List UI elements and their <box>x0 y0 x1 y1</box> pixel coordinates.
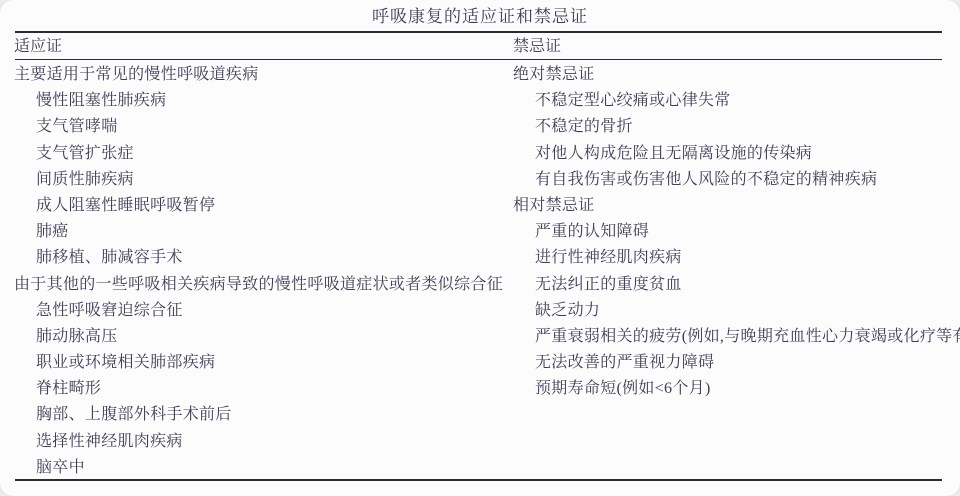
row-text: 由于其他的一些呼吸相关疾病导致的慢性呼吸道症状或者类似综合征 <box>14 276 503 293</box>
row-text: 无法纠正的重度贫血 <box>535 276 682 293</box>
row-text: 支气管哮喘 <box>36 118 118 135</box>
table-row: 由于其他的一些呼吸相关疾病导致的慢性呼吸道症状或者类似综合征 <box>14 272 500 298</box>
row-text: 胸部、上腹部外科手术前后 <box>36 406 232 423</box>
row-text: 不稳定的骨折 <box>535 118 633 135</box>
table-row: 预期寿命短(例如<6个月) <box>513 376 947 402</box>
table-row: 急性呼吸窘迫综合征 <box>14 298 500 324</box>
row-text: 无法改善的严重视力障碍 <box>535 354 714 371</box>
row-text: 肺动脉高压 <box>36 328 118 345</box>
table-title: 呼吸康复的适应证和禁忌证 <box>0 5 960 29</box>
row-text: 进行性神经肌肉疾病 <box>535 249 682 266</box>
table-row: 主要适用于常见的慢性呼吸道疾病 <box>14 62 500 88</box>
row-text: 间质性肺疾病 <box>36 171 134 188</box>
table-row: 胸部、上腹部外科手术前后 <box>14 402 500 428</box>
table-row: 肺动脉高压 <box>14 324 500 350</box>
row-text: 急性呼吸窘迫综合征 <box>36 302 183 319</box>
table-row: 进行性神经肌肉疾病 <box>513 245 947 271</box>
row-text: 选择性神经肌肉疾病 <box>36 433 183 450</box>
column-header-indications: 适应证 <box>14 36 62 58</box>
row-text: 相对禁忌证 <box>513 197 595 214</box>
row-text: 严重衰弱相关的疲劳(例如,与晚期充血性心力衰竭或化疗等有关) <box>535 328 960 345</box>
row-text: 脑卒中 <box>36 459 85 476</box>
table-row: 不稳定型心绞痛或心律失常 <box>513 88 947 114</box>
table-row: 不稳定的骨折 <box>513 114 947 140</box>
table-row: 脊柱畸形 <box>14 376 500 402</box>
row-text: 主要适用于常见的慢性呼吸道疾病 <box>14 66 259 83</box>
column-header-contraindications: 禁忌证 <box>513 36 561 58</box>
table-top-rule <box>15 31 942 33</box>
row-text: 肺移植、肺减容手术 <box>36 249 183 266</box>
row-text: 严重的认知障碍 <box>535 223 649 240</box>
row-text: 缺乏动力 <box>535 302 600 319</box>
row-text: 职业或环境相关肺部疾病 <box>36 354 215 371</box>
row-text: 不稳定型心绞痛或心律失常 <box>535 92 731 109</box>
table-row: 职业或环境相关肺部疾病 <box>14 350 500 376</box>
table-row: 绝对禁忌证 <box>513 62 947 88</box>
table-row: 成人阻塞性睡眠呼吸暂停 <box>14 193 500 219</box>
table-row: 脑卒中 <box>14 455 500 481</box>
indications-column: 主要适用于常见的慢性呼吸道疾病慢性阻塞性肺疾病支气管哮喘支气管扩张症间质性肺疾病… <box>14 62 500 481</box>
table-row: 严重衰弱相关的疲劳(例如,与晚期充血性心力衰竭或化疗等有关) <box>513 324 947 350</box>
table-row: 肺移植、肺减容手术 <box>14 245 500 271</box>
row-text: 绝对禁忌证 <box>513 66 595 83</box>
row-text: 支气管扩张症 <box>36 145 134 162</box>
table-row: 相对禁忌证 <box>513 193 947 219</box>
table-row: 缺乏动力 <box>513 298 947 324</box>
table-row: 支气管哮喘 <box>14 114 500 140</box>
table-row: 选择性神经肌肉疾病 <box>14 429 500 455</box>
row-text: 慢性阻塞性肺疾病 <box>36 92 166 109</box>
table-row: 严重的认知障碍 <box>513 219 947 245</box>
table-row: 支气管扩张症 <box>14 141 500 167</box>
table-row: 有自我伤害或伤害他人风险的不稳定的精神疾病 <box>513 167 947 193</box>
table-row: 慢性阻塞性肺疾病 <box>14 88 500 114</box>
table-row: 对他人构成危险且无隔离设施的传染病 <box>513 141 947 167</box>
table-row: 间质性肺疾病 <box>14 167 500 193</box>
row-text: 对他人构成危险且无隔离设施的传染病 <box>535 145 812 162</box>
row-text: 脊柱畸形 <box>36 380 101 397</box>
table-row: 无法改善的严重视力障碍 <box>513 350 947 376</box>
table-card: 呼吸康复的适应证和禁忌证 适应证 禁忌证 主要适用于常见的慢性呼吸道疾病慢性阻塞… <box>0 0 960 496</box>
row-text: 肺癌 <box>36 223 69 240</box>
row-text: 预期寿命短(例如<6个月) <box>535 380 711 397</box>
row-text: 有自我伤害或伤害他人风险的不稳定的精神疾病 <box>535 171 877 188</box>
table-header-rule <box>15 59 942 60</box>
table-bottom-rule <box>15 479 942 481</box>
row-text: 成人阻塞性睡眠呼吸暂停 <box>36 197 215 214</box>
contraindications-column: 绝对禁忌证不稳定型心绞痛或心律失常不稳定的骨折对他人构成危险且无隔离设施的传染病… <box>513 62 947 402</box>
table-row: 肺癌 <box>14 219 500 245</box>
table-row: 无法纠正的重度贫血 <box>513 272 947 298</box>
